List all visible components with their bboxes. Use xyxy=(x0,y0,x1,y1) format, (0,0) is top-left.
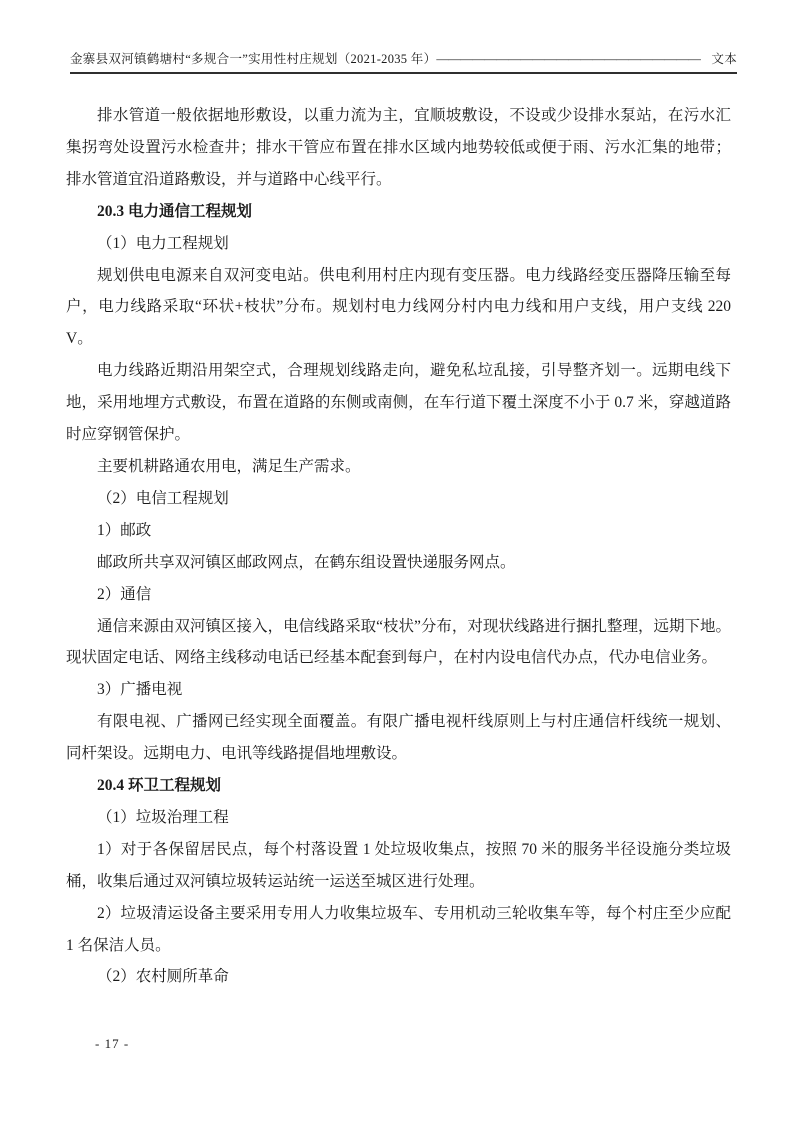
paragraph: （2）电信工程规划 xyxy=(66,483,731,515)
paragraph: （1）垃圾治理工程 xyxy=(66,802,731,834)
paragraph: （1）电力工程规划 xyxy=(66,228,731,260)
paragraph: 电力线路近期沿用架空式，合理规划线路走向，避免私垃乱接，引导整齐划一。远期电线下… xyxy=(66,355,731,451)
document-page: 金寨县双河镇鹤塘村“多规合一”实用性村庄规划（2021-2035 年） ————… xyxy=(0,0,793,1122)
paragraph: 主要机耕路通农用电，满足生产需求。 xyxy=(66,451,731,483)
page-number: - 17 - xyxy=(95,1036,129,1051)
paragraph: 2）垃圾清运设备主要采用专用人力收集垃圾车、专用机动三轮收集车等，每个村庄至少应… xyxy=(66,898,731,962)
paragraph: 排水管道一般依据地形敷设，以重力流为主，宜顺坡敷设，不设或少设排水泵站，在污水汇… xyxy=(66,100,731,196)
paragraph: 1）对于各保留居民点，每个村落设置 1 处垃圾收集点，按照 70 米的服务半径设… xyxy=(66,834,731,898)
paragraph: 规划供电电源来自双河变电站。供电利用村庄内现有变压器。电力线路经变压器降压输至每… xyxy=(66,260,731,356)
paragraph: （2）农村厕所革命 xyxy=(66,961,731,993)
paragraph: 有限电视、广播网已经实现全面覆盖。有限广播电视杆线原则上与村庄通信杆线统一规划、… xyxy=(66,706,731,770)
header-dashes: —————————————————————— xyxy=(436,52,711,67)
paragraph: 2）通信 xyxy=(66,579,731,611)
page-footer: - 17 - xyxy=(95,1036,129,1052)
paragraph: 1）邮政 xyxy=(66,515,731,547)
paragraph: 邮政所共享双河镇区邮政网点，在鹤东组设置快递服务网点。 xyxy=(66,547,731,579)
paragraph: 通信来源由双河镇区接入，电信线路采取“枝状”分布，对现状线路进行捆扎整理，远期下… xyxy=(66,611,731,675)
paragraph: 3）广播电视 xyxy=(66,674,731,706)
header-suffix-label: 文本 xyxy=(711,49,737,67)
document-body: 排水管道一般依据地形敷设，以重力流为主，宜顺坡敷设，不设或少设排水泵站，在污水汇… xyxy=(66,100,731,993)
header-title: 金寨县双河镇鹤塘村“多规合一”实用性村庄规划（2021-2035 年） xyxy=(70,49,436,67)
section-heading: 20.3 电力通信工程规划 xyxy=(66,196,731,228)
section-heading: 20.4 环卫工程规划 xyxy=(66,770,731,802)
page-header: 金寨县双河镇鹤塘村“多规合一”实用性村庄规划（2021-2035 年） ————… xyxy=(70,49,737,74)
